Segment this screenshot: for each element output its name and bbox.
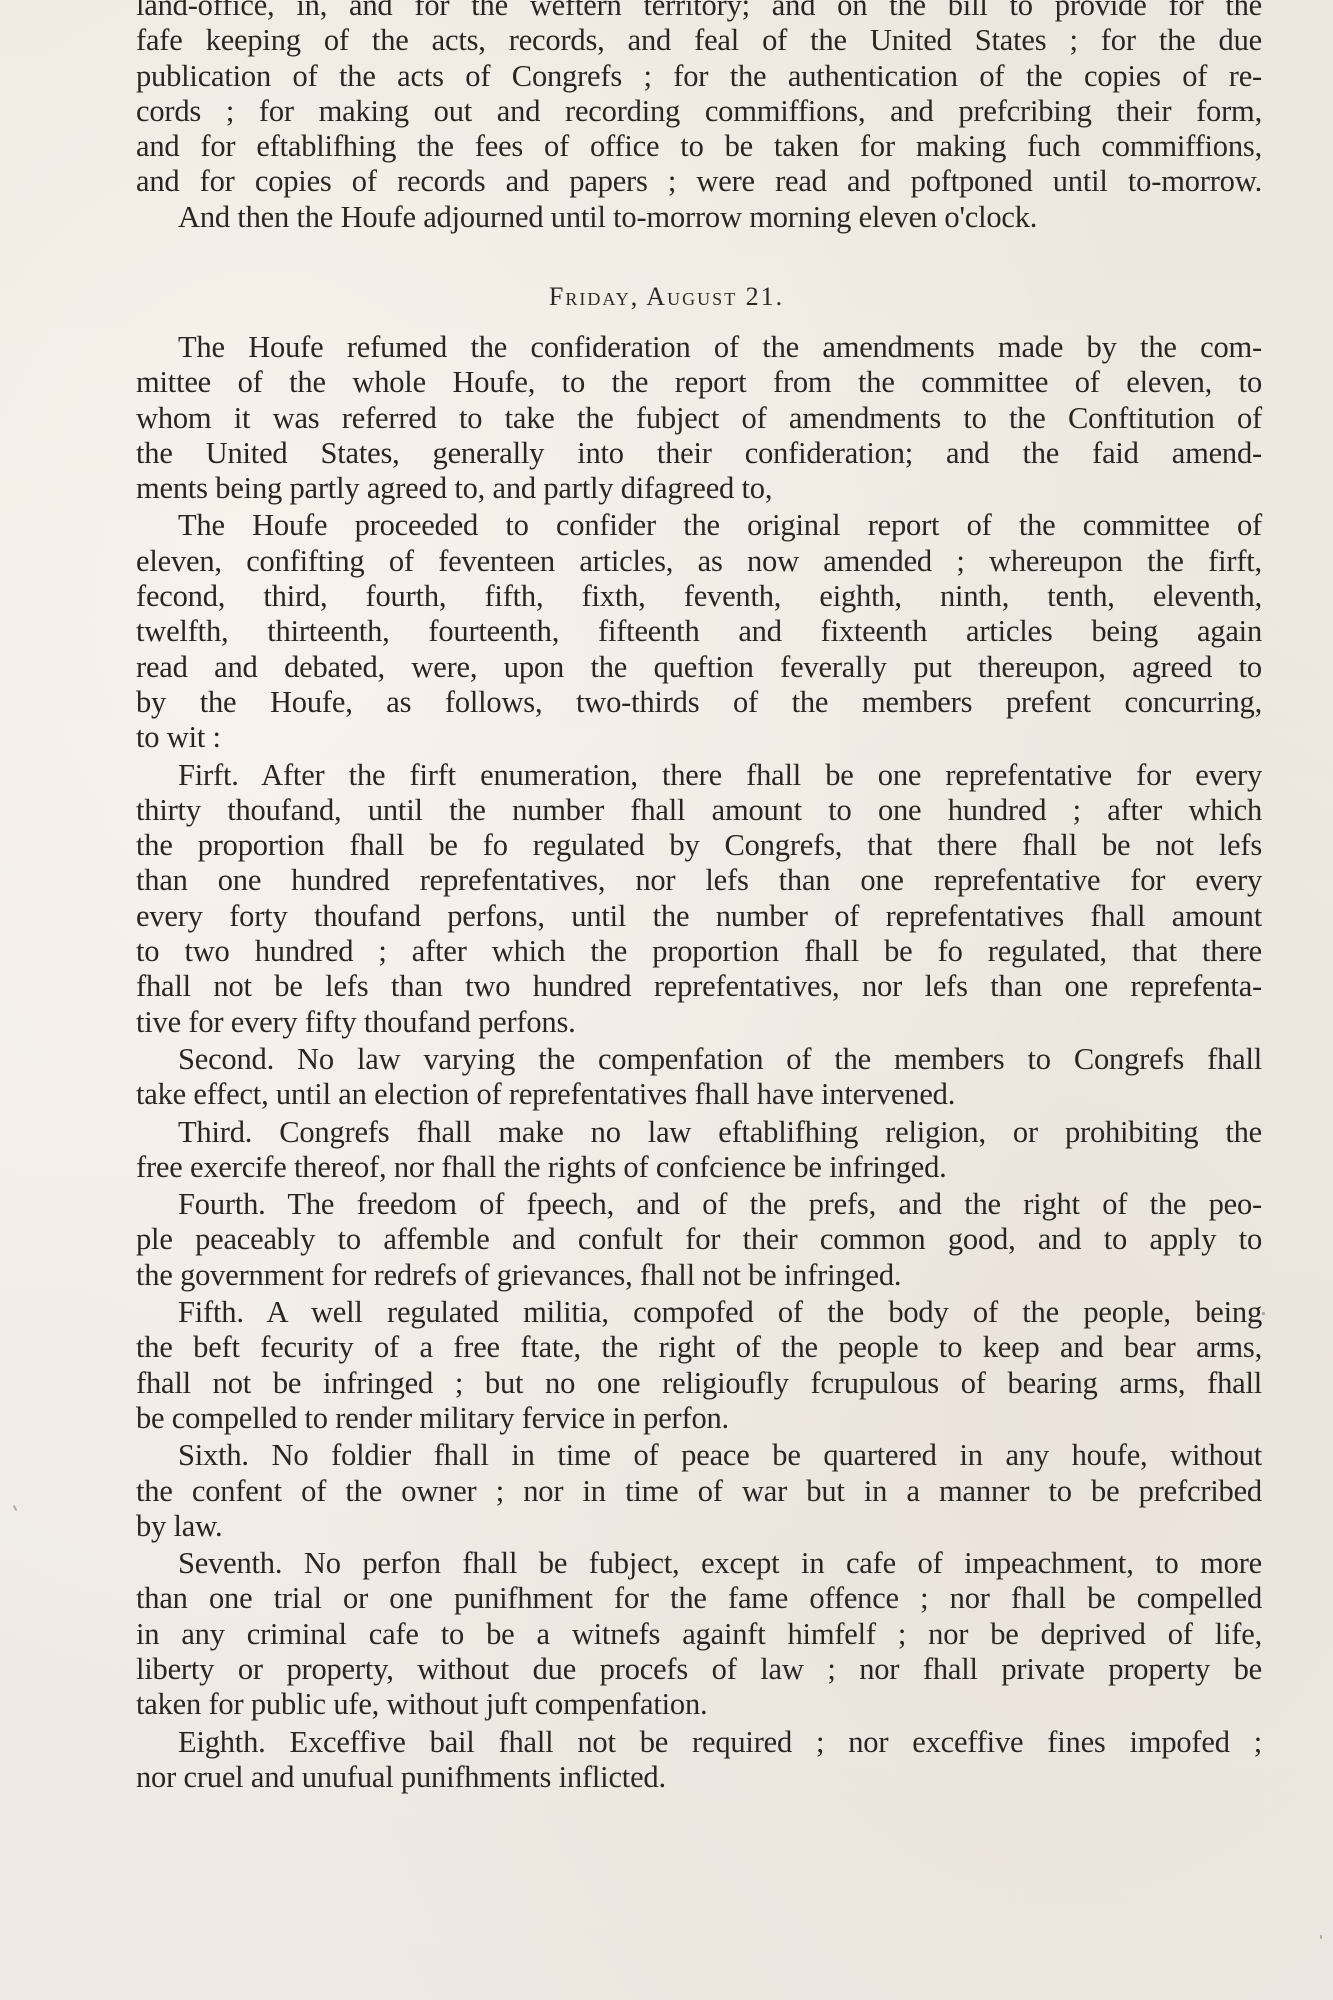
text-line: The Houfe proceeded to confider the orig…: [136, 508, 1262, 543]
text-line: to two hundred ; after which the proport…: [136, 934, 1262, 969]
text-line: fhall not be lefs than two hundred repre…: [136, 969, 1262, 1004]
adjournment-line: And then the Houfe adjourned until to-mo…: [136, 200, 1262, 235]
text-line: and for copies of records and papers ; w…: [136, 164, 1262, 199]
text-line: and for eftablifhing the fees of office …: [136, 129, 1262, 164]
article-eighth: Eighth. Exceffive bail fhall not be requ…: [136, 1725, 1262, 1796]
text-line: the government for redrefs of grievances…: [136, 1258, 1262, 1293]
article-seventh: Seventh. No perfon fhall be fubject, exc…: [136, 1546, 1262, 1722]
text-line: fecond, third, fourth, fifth, fixth, fev…: [136, 579, 1262, 614]
text-line: Seventh. No perfon fhall be fubject, exc…: [136, 1546, 1262, 1581]
text-line: to wit :: [136, 720, 1262, 755]
text-line: Second. No law varying the compenfation …: [136, 1042, 1262, 1077]
text-line: thirty thoufand, until the number fhall …: [136, 793, 1262, 828]
section-heading: Friday, August 21.: [0, 282, 1333, 312]
text-line: twelfth, thirteenth, fourteenth, fifteen…: [136, 614, 1262, 649]
text-line: than one trial or one punifhment for the…: [136, 1581, 1262, 1616]
journal-body: The Houfe refumed the confideration of t…: [136, 330, 1262, 1795]
text-line: take effect, until an election of repref…: [136, 1077, 1262, 1112]
text-line: liberty or property, without due procefs…: [136, 1652, 1262, 1687]
text-line: in any criminal cafe to be a witnefs aga…: [136, 1617, 1262, 1652]
text-line: Eighth. Exceffive bail fhall not be requ…: [136, 1725, 1262, 1760]
text-line: every forty thoufand perfons, until the …: [136, 899, 1262, 934]
paragraph-proceeded-to-consider: The Houfe proceeded to confider the orig…: [136, 508, 1262, 755]
article-sixth: Sixth. No foldier fhall in time of peace…: [136, 1438, 1262, 1544]
paper-speck: [1320, 1935, 1322, 1939]
text-line: Fourth. The freedom of fpeech, and of th…: [136, 1187, 1262, 1222]
text-line: by the Houfe, as follows, two-thirds of …: [136, 685, 1262, 720]
text-line: by law.: [136, 1509, 1262, 1544]
text-line: free exercife thereof, nor fhall the rig…: [136, 1150, 1262, 1185]
text-line: the proportion fhall be fo regulated by …: [136, 828, 1262, 863]
text-line: the confent of the owner ; nor in time o…: [136, 1474, 1262, 1509]
text-line: taken for public ufe, without juft compe…: [136, 1687, 1262, 1722]
text-line: cords ; for making out and recording com…: [136, 94, 1262, 129]
text-line: The Houfe refumed the confideration of t…: [136, 330, 1262, 365]
article-second: Second. No law varying the compenfation …: [136, 1042, 1262, 1113]
text-line: fhall not be infringed ; but no one reli…: [136, 1366, 1262, 1401]
text-line: land-office, in, and for the weftern ter…: [136, 0, 1262, 23]
text-line: mittee of the whole Houfe, to the report…: [136, 365, 1262, 400]
paper-speck: [1262, 1312, 1265, 1315]
article-third: Third. Congrefs fhall make no law eftabl…: [136, 1115, 1262, 1186]
text-line: publication of the acts of Congrefs ; fo…: [136, 59, 1262, 94]
text-line: the beft fecurity of a free ftate, the r…: [136, 1330, 1262, 1365]
text-line: the United States, generally into their …: [136, 436, 1262, 471]
text-line: fafe keeping of the acts, records, and f…: [136, 23, 1262, 58]
text-line: nor cruel and unufual punifhments inflic…: [136, 1760, 1262, 1795]
text-line: ple peaceably to affemble and confult fo…: [136, 1222, 1262, 1257]
scanned-page: land-office, in, and for the weftern ter…: [0, 0, 1333, 2000]
article-fourth: Fourth. The freedom of fpeech, and of th…: [136, 1187, 1262, 1293]
article-first: Firft. After the firft enumeration, ther…: [136, 758, 1262, 1040]
text-line: ments being partly agreed to, and partly…: [136, 471, 1262, 506]
text-line: Third. Congrefs fhall make no law eftabl…: [136, 1115, 1262, 1150]
article-fifth: Fifth. A well regulated militia, compofe…: [136, 1295, 1262, 1436]
paper-speck: [13, 1505, 18, 1511]
text-line: tive for every fifty thoufand perfons.: [136, 1005, 1262, 1040]
text-line: whom it was referred to take the fubject…: [136, 401, 1262, 436]
text-line: eleven, confifting of feventeen articles…: [136, 544, 1262, 579]
show-through-text: [150, 1870, 158, 1905]
paragraph-resumed-consideration: The Houfe refumed the confideration of t…: [136, 330, 1262, 506]
text-line: be compelled to render military fervice …: [136, 1401, 1262, 1436]
text-line: Sixth. No foldier fhall in time of peace…: [136, 1438, 1262, 1473]
text-line: than one hundred reprefentatives, nor le…: [136, 863, 1262, 898]
text-line: read and debated, were, upon the queftio…: [136, 650, 1262, 685]
text-line: Fifth. A well regulated militia, compofe…: [136, 1295, 1262, 1330]
top-continuation: land-office, in, and for the weftern ter…: [136, 0, 1262, 235]
text-line: Firft. After the firft enumeration, ther…: [136, 758, 1262, 793]
